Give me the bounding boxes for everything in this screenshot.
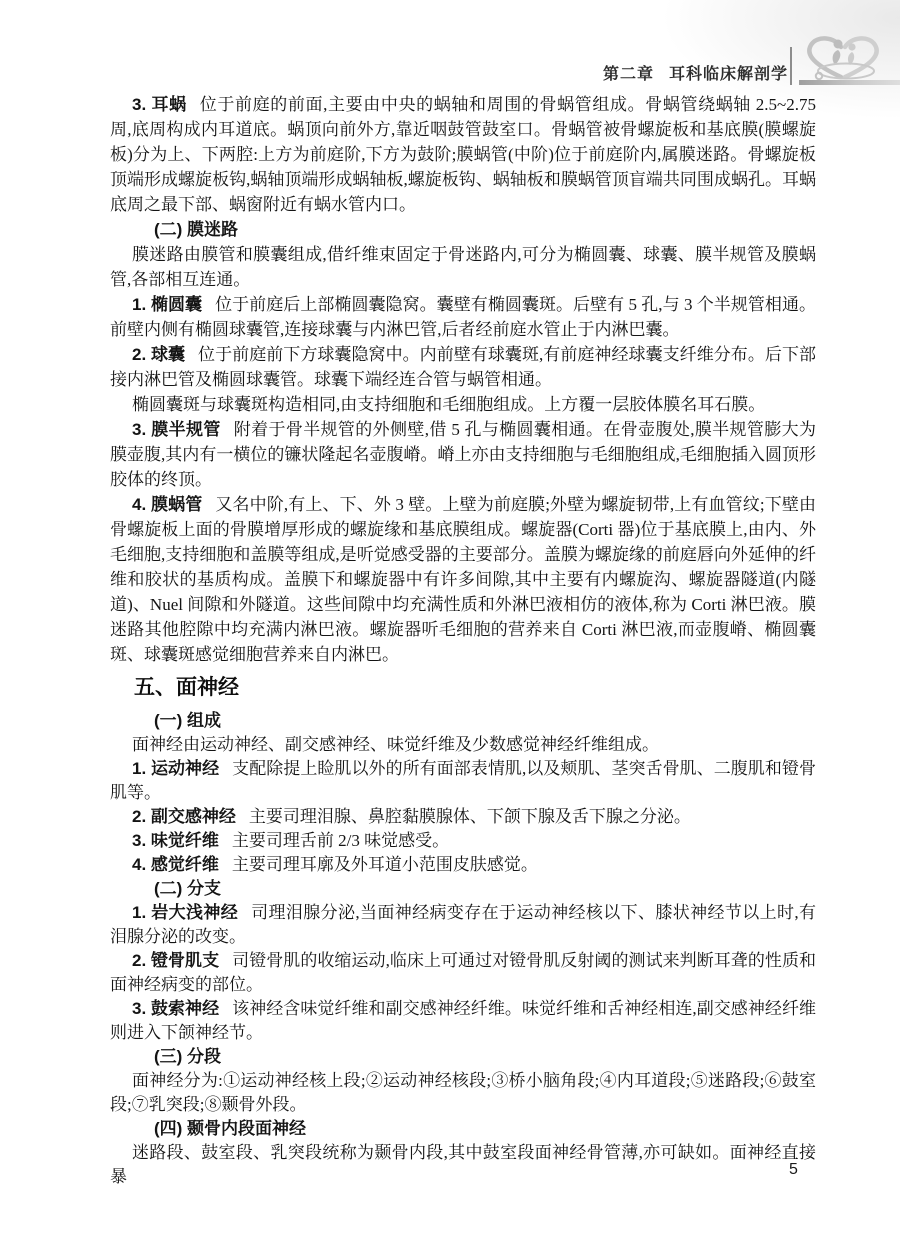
section-body: (一) 组成 面神经由运动神经、副交感神经、味觉纤维及少数感觉神经纤维组成。 1… xyxy=(110,709,816,1189)
paragraph: 面神经分为:①运动神经核上段;②运动神经核段;③桥小脑角段;④内耳道段;⑤迷路段… xyxy=(110,1069,816,1117)
subsection-heading: (二) 膜迷路 xyxy=(110,217,816,242)
item-label: 2. 副交感神经 xyxy=(132,807,236,826)
section-heading: 五、面神经 xyxy=(134,674,816,702)
paragraph-text: 位于前庭的前面,主要由中央的蜗轴和周围的骨蜗管组成。骨蜗管绕蜗轴 2.5~2.7… xyxy=(110,95,816,214)
paragraph: 膜迷路由膜管和膜囊组成,借纤维束固定于骨迷路内,可分为椭圆囊、球囊、膜半规管及膜… xyxy=(110,242,816,292)
chapter-title: 耳科临床解剖学 xyxy=(669,66,788,83)
item-label: 3. 膜半规管 xyxy=(132,420,221,439)
paragraph-text: 迷路段、鼓室段、乳突段统称为颞骨内段,其中鼓室段面神经骨管薄,亦可缺如。面神经直… xyxy=(110,1143,816,1186)
paragraph-text: 主要司理舌前 2/3 味觉感受。 xyxy=(232,831,449,850)
subsection-heading: (一) 组成 xyxy=(110,709,816,733)
paragraph: 2. 副交感神经主要司理泪腺、鼻腔黏膜腺体、下颌下腺及舌下腺之分泌。 xyxy=(110,805,816,829)
subsection-heading: (四) 颞骨内段面神经 xyxy=(110,1117,816,1141)
paragraph-text: 面神经分为:①运动神经核上段;②运动神经核段;③桥小脑角段;④内耳道段;⑤迷路段… xyxy=(110,1071,816,1114)
paragraph: 4. 感觉纤维主要司理耳廓及外耳道小范围皮肤感觉。 xyxy=(110,853,816,877)
item-label: 3. 鼓索神经 xyxy=(132,999,219,1018)
paragraph: 1. 岩大浅神经司理泪腺分泌,当面神经病变存在于运动神经核以下、膝状神经节以上时… xyxy=(110,901,816,949)
item-label: 3. 耳蜗 xyxy=(132,95,187,114)
paragraph-text: 膜迷路由膜管和膜囊组成,借纤维束固定于骨迷路内,可分为椭圆囊、球囊、膜半规管及膜… xyxy=(110,245,816,289)
publisher-logo-icon xyxy=(801,34,891,82)
page-body: 3. 耳蜗位于前庭的前面,主要由中央的蜗轴和周围的骨蜗管组成。骨蜗管绕蜗轴 2.… xyxy=(110,92,816,1189)
page-number: 5 xyxy=(789,1161,798,1179)
item-label: 1. 椭圆囊 xyxy=(132,295,202,314)
running-head: 第二章耳科临床解剖学 xyxy=(0,61,788,84)
item-label: 2. 镫骨肌支 xyxy=(132,951,219,970)
paragraph-text: 主要司理耳廓及外耳道小范围皮肤感觉。 xyxy=(232,855,538,874)
paragraph: 1. 椭圆囊位于前庭后上部椭圆囊隐窝。囊壁有椭圆囊斑。后壁有 5 孔,与 3 个… xyxy=(110,292,816,342)
paragraph: 4. 膜蜗管又名中阶,有上、下、外 3 壁。上壁为前庭膜;外壁为螺旋韧带,上有血… xyxy=(110,492,816,667)
paragraph: 2. 球囊位于前庭前下方球囊隐窝中。内前壁有球囊斑,有前庭神经球囊支纤维分布。后… xyxy=(110,342,816,392)
header-gradient-bar xyxy=(799,80,900,85)
item-label: 3. 味觉纤维 xyxy=(132,831,219,850)
item-label: 2. 球囊 xyxy=(132,345,185,364)
item-label: 1. 岩大浅神经 xyxy=(132,903,238,922)
paragraph: 3. 味觉纤维主要司理舌前 2/3 味觉感受。 xyxy=(110,829,816,853)
item-label: 4. 感觉纤维 xyxy=(132,855,219,874)
paragraph-text: 主要司理泪腺、鼻腔黏膜腺体、下颌下腺及舌下腺之分泌。 xyxy=(249,807,691,826)
subsection-heading: (三) 分段 xyxy=(110,1045,816,1069)
paragraph: 椭圆囊斑与球囊斑构造相同,由支持细胞和毛细胞组成。上方覆一层胶体膜名耳石膜。 xyxy=(110,392,816,417)
item-label: 1. 运动神经 xyxy=(132,759,219,778)
paragraph-text: 椭圆囊斑与球囊斑构造相同,由支持细胞和毛细胞组成。上方覆一层胶体膜名耳石膜。 xyxy=(132,395,765,414)
chapter-number: 第二章 xyxy=(603,66,654,83)
paragraph: 2. 镫骨肌支司镫骨肌的收缩运动,临床上可通过对镫骨肌反射阈的测试来判断耳聋的性… xyxy=(110,949,816,997)
paragraph-text: 位于前庭后上部椭圆囊隐窝。囊壁有椭圆囊斑。后壁有 5 孔,与 3 个半规管相通。… xyxy=(110,295,816,339)
paragraph-text: 位于前庭前下方球囊隐窝中。内前壁有球囊斑,有前庭神经球囊支纤维分布。后下部接内淋… xyxy=(110,345,816,389)
header-divider xyxy=(790,47,792,85)
paragraph: 3. 耳蜗位于前庭的前面,主要由中央的蜗轴和周围的骨蜗管组成。骨蜗管绕蜗轴 2.… xyxy=(110,92,816,217)
paragraph: 1. 运动神经支配除提上睑肌以外的所有面部表情肌,以及颊肌、茎突舌骨肌、二腹肌和… xyxy=(110,757,816,805)
paragraph-text: 面神经由运动神经、副交感神经、味觉纤维及少数感觉神经纤维组成。 xyxy=(132,735,659,754)
paragraph-text: 又名中阶,有上、下、外 3 壁。上壁为前庭膜;外壁为螺旋韧带,上有血管纹;下壁由… xyxy=(110,495,816,664)
paragraph: 面神经由运动神经、副交感神经、味觉纤维及少数感觉神经纤维组成。 xyxy=(110,733,816,757)
paragraph: 3. 鼓索神经该神经含味觉纤维和副交感神经纤维。味觉纤维和舌神经相连,副交感神经… xyxy=(110,997,816,1045)
paragraph: 3. 膜半规管附着于骨半规管的外侧壁,借 5 孔与椭圆囊相通。在骨壶腹处,膜半规… xyxy=(110,417,816,492)
subsection-heading: (二) 分支 xyxy=(110,877,816,901)
paragraph: 迷路段、鼓室段、乳突段统称为颞骨内段,其中鼓室段面神经骨管薄,亦可缺如。面神经直… xyxy=(110,1141,816,1189)
item-label: 4. 膜蜗管 xyxy=(132,495,202,514)
